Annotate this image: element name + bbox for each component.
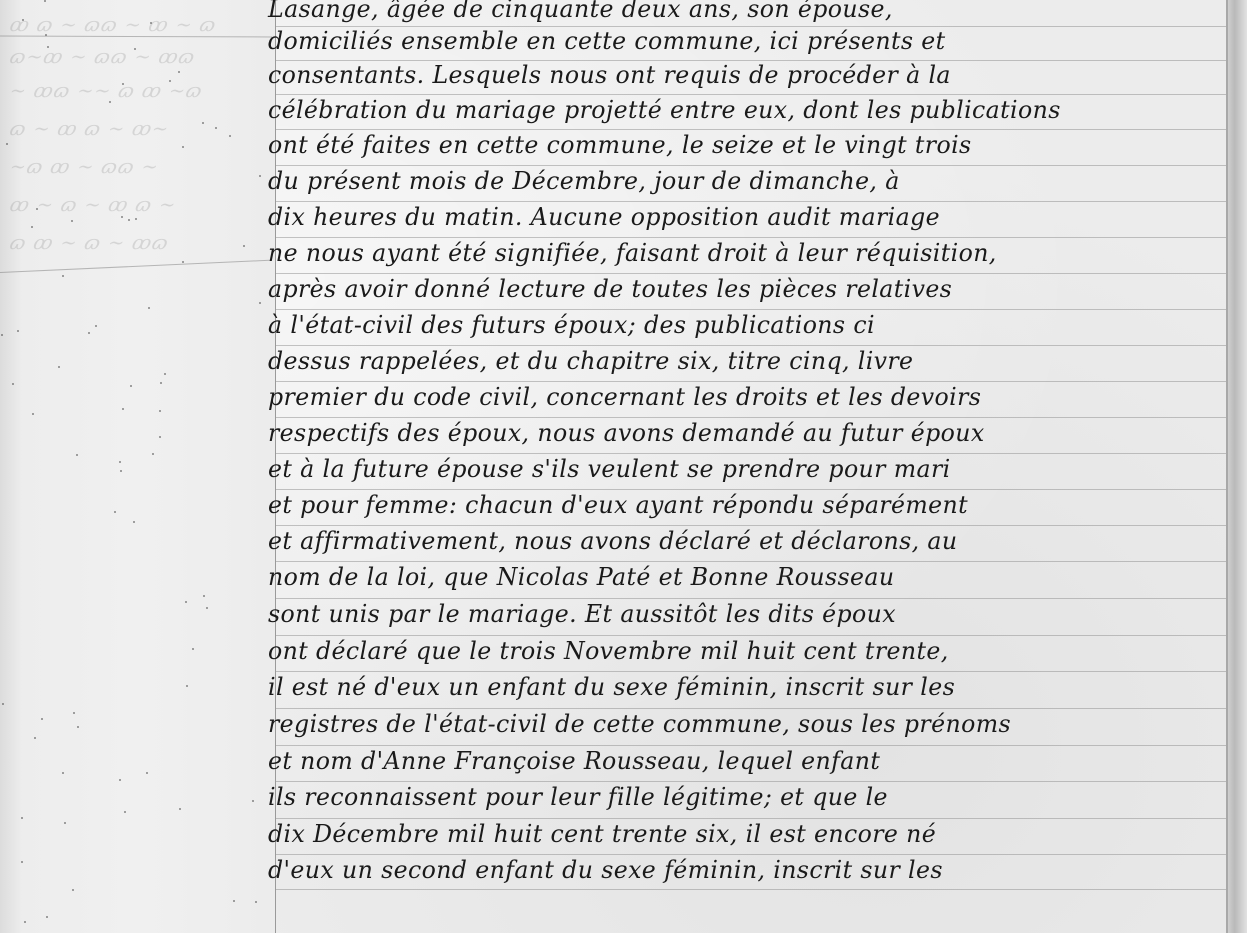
speck [252, 800, 254, 802]
text-line: et pour femme: chacun d'eux ayant répond… [268, 488, 1213, 522]
speck [72, 889, 74, 891]
text-line: il est né d'eux un enfant du sexe fémini… [268, 670, 1213, 704]
speck [76, 454, 78, 456]
speck [71, 220, 73, 222]
speck [45, 34, 47, 36]
speck [47, 46, 49, 48]
text-line: ils reconnaissent pour leur fille légiti… [268, 780, 1213, 814]
margin-diagonal-stroke [0, 260, 272, 273]
speck [148, 307, 150, 309]
speck [122, 83, 124, 85]
speck [77, 726, 79, 728]
text-line: dix Décembre mil huit cent trente six, i… [268, 817, 1213, 851]
bleed-through-text: ɷ ꝏ ~ ɷ ~ ꝏɷ [8, 232, 172, 254]
speck [58, 366, 60, 368]
text-line: dessus rappelées, et du chapitre six, ti… [268, 344, 1213, 378]
text-line: consentants. Lesquels nous ont requis de… [268, 58, 1213, 92]
speck [150, 22, 152, 24]
speck [192, 648, 194, 650]
text-line: célébration du mariage projetté entre eu… [268, 93, 1213, 127]
speck [164, 373, 166, 375]
speck [159, 410, 161, 412]
speck [24, 921, 26, 923]
speck [133, 521, 135, 523]
speck [119, 779, 121, 781]
text-line: domiciliés ensemble en cette commune, ic… [268, 24, 1213, 58]
bleed-through-text: ɷ ~ ꝏ ɷ ~ ꝏ~ [8, 118, 172, 140]
speck [32, 413, 34, 415]
speck [44, 0, 46, 2]
speck [114, 511, 116, 513]
speck [21, 861, 23, 863]
speck [182, 146, 184, 148]
speck [21, 817, 23, 819]
speck [203, 595, 205, 597]
text-line: dix heures du matin. Aucune opposition a… [268, 200, 1213, 234]
text-line: du présent mois de Décembre, jour de dim… [268, 164, 1213, 198]
bleed-through-text: ~ɷ ꝏ ~ ɷɷ ~ [8, 156, 161, 178]
speck [202, 122, 204, 124]
speck [178, 71, 180, 73]
speck [121, 216, 123, 218]
speck [124, 811, 126, 813]
ruled-line [276, 889, 1228, 890]
speck [159, 436, 161, 438]
bleed-through-text: ɷ~ꝏ ~ ɷɷ ~ ꝏɷ [8, 46, 198, 68]
speck [229, 135, 231, 137]
margin-rule [0, 36, 272, 38]
text-line: d'eux un second enfant du sexe féminin, … [268, 853, 1213, 887]
text-line: après avoir donné lecture de toutes les … [268, 272, 1213, 306]
speck [152, 453, 154, 455]
text-line: ont été faites en cette commune, le seiz… [268, 128, 1213, 162]
speck [182, 261, 184, 263]
speck [31, 226, 33, 228]
speck [41, 718, 43, 720]
speck [146, 772, 148, 774]
speck [259, 175, 261, 177]
speck [128, 219, 130, 221]
speck [64, 822, 66, 824]
speck [2, 703, 4, 705]
speck [95, 325, 97, 327]
text-line: ont déclaré que le trois Novembre mil hu… [268, 634, 1213, 668]
speck [206, 607, 208, 609]
speck [233, 900, 235, 902]
speck [88, 332, 90, 334]
left-margin: ꝏ ɷ ~ ɷɷ ~ ꝏ ~ ɷ ɷ~ꝏ ~ ɷɷ ~ ꝏɷ ~ ꝏɷ ~~ ɷ… [0, 0, 275, 933]
speck [243, 245, 245, 247]
text-line: ne nous ayant été signifiée, faisant dro… [268, 236, 1213, 270]
speck [179, 808, 181, 810]
bleed-through-text: ꝏ ~ ɷ ~ ꝏ ɷ ~ [8, 194, 179, 216]
speck [169, 80, 171, 82]
speck [62, 275, 64, 277]
bleed-through-text: ꝏ ɷ ~ ɷɷ ~ ꝏ ~ ɷ [8, 14, 219, 36]
speck [255, 901, 257, 903]
text-line: et affirmativement, nous avons déclaré e… [268, 524, 1213, 558]
speck [12, 383, 14, 385]
text-line: nom de la loi, que Nicolas Paté et Bonne… [268, 560, 1213, 594]
speck [130, 385, 132, 387]
speck [186, 685, 188, 687]
speck [160, 382, 162, 384]
speck [17, 330, 19, 332]
speck [215, 127, 217, 129]
text-line: registres de l'état-civil de cette commu… [268, 707, 1213, 741]
speck [62, 772, 64, 774]
text-line: respectifs des époux, nous avons demandé… [268, 416, 1213, 450]
text-line: sont unis par le mariage. Et aussitôt le… [268, 597, 1213, 631]
speck [109, 101, 111, 103]
text-line: à l'état-civil des futurs époux; des pub… [268, 308, 1213, 342]
speck [122, 408, 124, 410]
text-line: premier du code civil, concernant les dr… [268, 380, 1213, 414]
text-line: Lasange, âgée de cinquante deux ans, son… [268, 0, 1213, 26]
speck [135, 218, 137, 220]
scanned-register-page: ꝏ ɷ ~ ɷɷ ~ ꝏ ~ ɷ ɷ~ꝏ ~ ɷɷ ~ ꝏɷ ~ ꝏɷ ~~ ɷ… [0, 0, 1247, 933]
speck [119, 461, 121, 463]
text-line: et à la future épouse s'ils veulent se p… [268, 452, 1213, 486]
text-line: et nom d'Anne Françoise Rousseau, lequel… [268, 744, 1213, 778]
speck [36, 208, 38, 210]
speck [185, 601, 187, 603]
speck [73, 712, 75, 714]
speck [22, 19, 24, 21]
speck [34, 737, 36, 739]
speck [46, 916, 48, 918]
speck [259, 302, 261, 304]
speck [6, 143, 8, 145]
speck [134, 48, 136, 50]
speck [120, 470, 122, 472]
page-gutter-shadow [1228, 0, 1247, 933]
bleed-through-text: ~ ꝏɷ ~~ ɷ ꝏ ~ɷ [8, 80, 205, 102]
speck [1, 334, 3, 336]
